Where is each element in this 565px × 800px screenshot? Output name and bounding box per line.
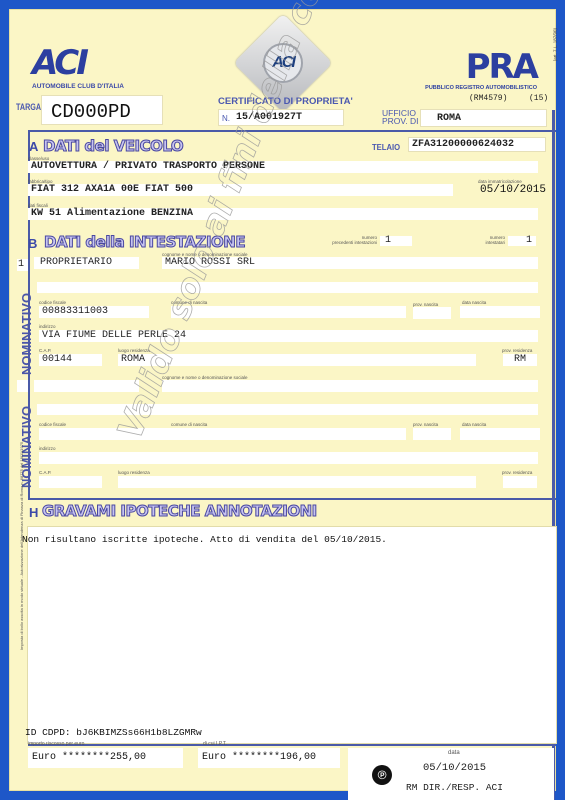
precedenti-label-2: precedenti intestazioni — [322, 240, 377, 245]
importo-label: importo riscosso per euro — [28, 741, 84, 747]
certificate-number-field: N. 15/A001927T — [218, 109, 344, 126]
section-h-title: GRAVAMI IPOTECHE ANNOTAZIONI — [42, 502, 317, 520]
section-b-title: DATI della INTESTAZIONE — [44, 233, 245, 251]
prov-nascita-field — [413, 428, 451, 440]
telaio-label: TELAIO — [372, 142, 400, 152]
signature: RM DIR./RESP. ACI — [406, 782, 503, 793]
luogo-residenza-field: ROMA — [118, 354, 476, 366]
annotations-text: Non risultano iscritte ipoteche. Atto di… — [22, 534, 387, 545]
prov-residenza-field: RM — [503, 354, 537, 366]
owner-name-continued — [37, 404, 538, 415]
office-label: UFFICIO PROV. DI — [382, 109, 419, 125]
ipt-field: Euro ********196,00 — [198, 748, 340, 768]
legal-reference: (art. 7 L. 187/90) — [552, 28, 557, 61]
dati-fiscali-field: KW 51 Alimentazione BENZINA — [28, 208, 538, 220]
id-cdpd: ID CDPD: bJ6KBIMZSs66H1b8LZGMRw — [25, 727, 202, 738]
owner-role — [34, 380, 139, 392]
owner-index: 1 — [17, 259, 28, 271]
data-nascita-label: data nascita — [462, 422, 486, 427]
precedenti-value: 1 — [380, 236, 412, 246]
prov-residenza-label: prov. residenza — [502, 470, 532, 475]
luogo-residenza-field — [118, 476, 476, 488]
intestatari-label: numero intestatari — [480, 235, 505, 245]
office-code: (RM4579) — [469, 94, 507, 103]
footer-divider — [28, 744, 556, 746]
section-h-divider — [28, 498, 556, 500]
stamp-seal-icon: ℗ — [372, 765, 392, 785]
indirizzo-label: indirizzo — [39, 446, 56, 451]
cap-label: C.A.P. — [39, 348, 51, 353]
cap-field: 00144 — [39, 354, 102, 366]
annotations-box: Non risultano iscritte ipoteche. Atto di… — [27, 526, 557, 744]
stamp-duty-note: Imposta di bollo assolta in modo virtual… — [19, 442, 24, 650]
prov-residenza-label: prov. residenza — [502, 348, 532, 353]
importo-field: Euro ********255,00 — [28, 748, 183, 768]
pra-logo-subtitle: PUBBLICO REGISTRO AUTOMOBILISTICO — [425, 85, 537, 91]
cap-field — [39, 476, 102, 488]
prov-residenza-field — [503, 476, 537, 488]
codice-fiscale-label: codice fiscale — [39, 422, 66, 427]
number-prefix: N. — [222, 114, 230, 123]
office-field: ROMA — [420, 109, 547, 127]
aci-logo-mark: ACI — [32, 46, 124, 80]
comune-nascita-field — [171, 306, 406, 318]
section-a-title: DATI del VEICOLO — [43, 137, 183, 155]
targa-field: CD000PD — [41, 95, 163, 125]
certificate-number: 15/A001927T — [236, 112, 302, 123]
data-value: 05/10/2015 — [423, 762, 486, 774]
comune-nascita-label: comune di nascita — [171, 300, 207, 305]
fabbrica-tipo-field: FIAT 312 AXA1A 00E FIAT 500 — [28, 184, 453, 196]
data-nascita-field — [460, 428, 540, 440]
aci-logo: ACI AUTOMOBILE CLUB D'ITALIA — [32, 46, 124, 90]
telaio-field: ZFA31200000624032 — [408, 137, 546, 152]
pra-logo-mark: PRA — [425, 50, 537, 84]
codice-fiscale-field: 00883311003 — [39, 306, 149, 318]
section-h-letter: H — [29, 505, 38, 520]
codice-fiscale-field — [39, 428, 406, 440]
data-nascita-label: data nascita — [462, 300, 486, 305]
cap-label: C.A.P. — [39, 470, 51, 475]
classe-uso-field: AUTOVETTURA / PRIVATO TRASPORTO PERSONE — [28, 161, 538, 173]
certificate-document: ACI AUTOMOBILE CLUB D'ITALIA ACI PRA PUB… — [9, 9, 556, 791]
luogo-residenza-label: luogo residenza — [118, 470, 150, 475]
owner-name-continued — [37, 282, 538, 293]
aci-logo-subtitle: AUTOMOBILE CLUB D'ITALIA — [32, 83, 124, 90]
data-nascita-field — [460, 306, 540, 318]
indirizzo-field — [39, 452, 538, 464]
precedenti-label: numero precedenti intestazioni — [322, 235, 377, 245]
section-a-letter: A — [29, 139, 38, 154]
certificate-title: CERTIFICATO DI PROPRIETA' — [218, 96, 353, 107]
prov-nascita-field — [413, 307, 451, 319]
office-label-line2: PROV. DI — [382, 117, 419, 125]
owner-index — [17, 380, 28, 392]
intestatari-label-2: intestatari — [480, 240, 505, 245]
pra-logo: PRA PUBBLICO REGISTRO AUTOMOBILISTICO — [425, 50, 537, 91]
ipt-label: di cui I.P.T. — [203, 741, 227, 747]
aci-emblem-icon: ACI — [263, 43, 303, 83]
targa-label: TARGA — [16, 102, 41, 112]
owner-role: PROPRIETARIO — [34, 257, 139, 269]
indirizzo-label: indirizzo — [39, 324, 56, 329]
indirizzo-field: VIA FIUME DELLE PERLE 24 — [39, 330, 538, 342]
intestatari-value: 1 — [508, 236, 536, 246]
nominativo-label-1: NOMINATIVO — [19, 293, 34, 375]
owner-name: MARIO ROSSI SRL — [162, 257, 538, 269]
prov-nascita-label: prov. nascita — [413, 422, 438, 427]
codice-fiscale-label: codice fiscale — [39, 300, 66, 305]
section-b-letter: B — [28, 236, 37, 251]
data-label: data — [448, 750, 460, 756]
luogo-residenza-label: luogo residenza — [118, 348, 150, 353]
owner-name — [162, 380, 538, 392]
office-sequence: (15) — [529, 94, 548, 103]
comune-nascita-label: comune di nascita — [171, 422, 207, 427]
data-immatricolazione-value: 05/10/2015 — [480, 184, 546, 196]
